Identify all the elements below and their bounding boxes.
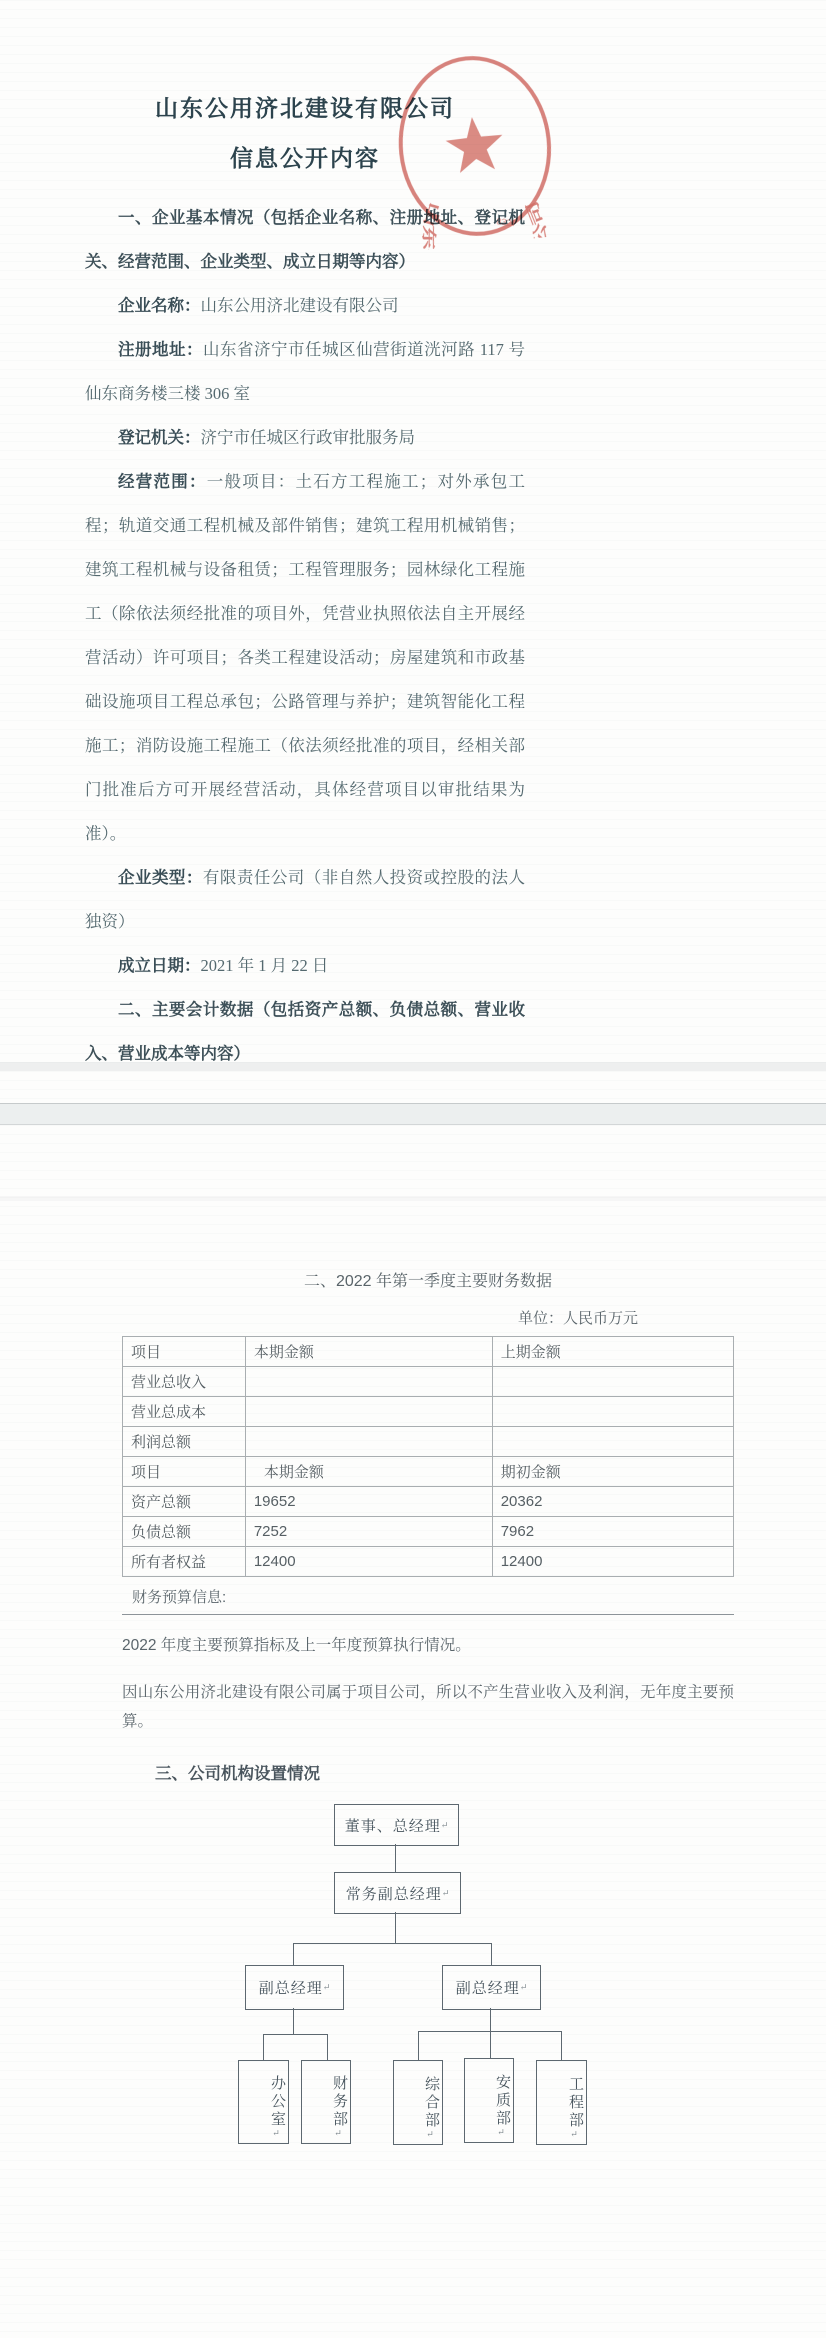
- table-cell: 7962: [492, 1517, 733, 1547]
- field-business-scope: 经营范围：一般项目：土石方工程施工；对外承包工程；轨道交通工程机械及部件销售；建…: [85, 460, 525, 856]
- table-cell: 利润总额: [123, 1427, 246, 1457]
- table-row-header: 项目 本期金额 上期金额: [123, 1337, 734, 1367]
- scanned-document: 山东公用济北建设有限公司 信息公开内容 一、企业基本情况（包括企业名称、注册地址…: [0, 0, 826, 2338]
- table-cell: 本期金额: [245, 1457, 492, 1487]
- budget-note-2: 因山东公用济北建设有限公司属于项目公司，所以不产生营业收入及利润，无年度主要预算…: [122, 1678, 734, 1736]
- field-label: 成立日期：: [118, 956, 201, 975]
- org-box-label: 董事、总经理: [345, 1815, 441, 1836]
- section-3-heading: 三、公司机构设置情况: [122, 1760, 734, 1784]
- company-seal: 山东公用济北建设有限公司 8327: [383, 42, 566, 252]
- org-box-dept-general: 综合部↵: [393, 2060, 443, 2145]
- return-mark: ↵: [570, 2130, 580, 2140]
- field-registered-address: 注册地址：山东省济宁市任城区仙营街道洸河路 117 号仙东商务楼三楼 306 室: [85, 328, 525, 416]
- return-mark: ↵: [497, 2128, 507, 2138]
- budget-info-label: 财务预算信息:: [122, 1577, 734, 1615]
- connector-line: [490, 2031, 491, 2058]
- return-mark: ↵: [441, 1820, 449, 1831]
- connector-line: [293, 1943, 492, 1944]
- table-row: 营业总成本: [123, 1397, 734, 1427]
- section-2-heading: 二、主要会计数据（包括资产总额、负债总额、营业收入、营业成本等内容）: [85, 988, 525, 1076]
- org-box-label: 副总经理: [456, 1977, 520, 1998]
- connector-line: [293, 1943, 294, 1965]
- org-box-deputy-gm-left: 副总经理↵: [245, 1965, 344, 2010]
- org-box-director-general-manager: 董事、总经理↵: [334, 1804, 459, 1846]
- table-row-midheader: 项目 本期金额 期初金额: [123, 1457, 734, 1487]
- field-value: 济宁市任城区行政审批服务局: [201, 428, 416, 447]
- connector-line: [395, 1912, 396, 1943]
- table-row: 负债总额 7252 7962: [123, 1517, 734, 1547]
- org-box-dept-safety-quality: 安质部↵: [464, 2058, 514, 2143]
- table-cell: 营业总成本: [123, 1397, 246, 1427]
- field-label: 企业类型：: [118, 868, 203, 887]
- org-box-dept-engineering: 工程部↵: [536, 2060, 587, 2145]
- org-box-label: 办公室: [269, 2075, 285, 2129]
- seal-star: [444, 114, 506, 174]
- connector-line: [327, 2034, 328, 2060]
- connector-line: [491, 1943, 492, 1965]
- field-registration-authority: 登记机关：济宁市任城区行政审批服务局: [85, 416, 525, 460]
- connector-line: [418, 2031, 419, 2060]
- connector-line: [561, 2031, 562, 2060]
- org-box-label: 工程部: [567, 2076, 583, 2130]
- connector-line: [490, 2008, 491, 2031]
- table-row: 资产总额 19652 20362: [123, 1487, 734, 1517]
- org-box-label: 常务副总经理: [346, 1883, 442, 1904]
- org-box-executive-deputy-gm: 常务副总经理↵: [334, 1872, 461, 1914]
- table-cell: 所有者权益: [123, 1547, 246, 1577]
- return-mark: ↵: [442, 1888, 450, 1899]
- connector-line: [395, 1844, 396, 1872]
- table-cell: [245, 1367, 492, 1397]
- table-cell: [245, 1397, 492, 1427]
- field-company-type: 企业类型：有限责任公司（非自然人投资或控股的法人独资）: [85, 856, 525, 944]
- return-mark: ↵: [323, 1982, 331, 1993]
- org-box-dept-finance: 财务部↵: [301, 2060, 351, 2144]
- field-company-name: 企业名称：山东公用济北建设有限公司: [85, 284, 525, 328]
- scan-streak: [0, 1196, 826, 1201]
- table-cell: [492, 1367, 733, 1397]
- table-cell: [245, 1427, 492, 1457]
- org-box-label: 安质部: [494, 2074, 510, 2128]
- table-cell: 营业总收入: [123, 1367, 246, 1397]
- field-label: 企业名称：: [118, 296, 201, 315]
- table-cell: 上期金额: [492, 1337, 733, 1367]
- table-cell: 20362: [492, 1487, 733, 1517]
- table-cell: [492, 1397, 733, 1427]
- table-cell: 资产总额: [123, 1487, 246, 1517]
- org-box-label: 综合部: [423, 2076, 439, 2130]
- field-label: 注册地址：: [118, 340, 203, 359]
- field-establish-date: 成立日期：2021 年 1 月 22 日: [85, 944, 525, 988]
- table-cell: 项目: [123, 1457, 246, 1487]
- return-mark: ↵: [520, 1982, 528, 1993]
- field-label: 经营范围：: [118, 472, 207, 491]
- connector-line: [293, 2008, 294, 2034]
- table-cell: 本期金额: [245, 1337, 492, 1367]
- table-cell: 负债总额: [123, 1517, 246, 1547]
- financial-table: 项目 本期金额 上期金额 营业总收入 营业总成本 利润总额 项目 本: [122, 1336, 734, 1577]
- table-cell: [492, 1427, 733, 1457]
- unit-note: 单位：人民币万元: [122, 1307, 734, 1328]
- table-cell: 项目: [123, 1337, 246, 1367]
- table-cell: 7252: [245, 1517, 492, 1547]
- field-value: 一般项目：土石方工程施工；对外承包工程；轨道交通工程机械及部件销售；建筑工程用机…: [85, 472, 525, 843]
- table-cell: 19652: [245, 1487, 492, 1517]
- table-cell: 期初金额: [492, 1457, 733, 1487]
- seal-code: 8327: [496, 216, 517, 228]
- table-cell: 12400: [245, 1547, 492, 1577]
- budget-note-1: 2022 年度主要预算指标及上一年度预算执行情况。: [122, 1631, 734, 1660]
- return-mark: ↵: [334, 2129, 344, 2139]
- financial-table-title: 二、2022 年第一季度主要财务数据: [122, 1268, 734, 1291]
- return-mark: ↵: [426, 2130, 436, 2140]
- page-break-band: [0, 1103, 826, 1125]
- connector-line: [263, 2034, 264, 2060]
- field-value: 山东公用济北建设有限公司: [201, 296, 399, 315]
- page-2: 二、2022 年第一季度主要财务数据 单位：人民币万元 项目 本期金额 上期金额…: [122, 1268, 734, 1784]
- org-box-deputy-gm-right: 副总经理↵: [442, 1965, 541, 2010]
- field-label: 登记机关：: [118, 428, 201, 447]
- table-row: 营业总收入: [123, 1367, 734, 1397]
- table-cell: 12400: [492, 1547, 733, 1577]
- table-row: 利润总额: [123, 1427, 734, 1457]
- return-mark: ↵: [272, 2129, 282, 2139]
- org-box-dept-office: 办公室↵: [238, 2060, 289, 2144]
- org-box-label: 财务部: [331, 2075, 347, 2129]
- connector-line: [263, 2034, 328, 2035]
- field-value: 2021 年 1 月 22 日: [201, 956, 329, 975]
- org-box-label: 副总经理: [259, 1977, 323, 1998]
- table-row: 所有者权益 12400 12400: [123, 1547, 734, 1577]
